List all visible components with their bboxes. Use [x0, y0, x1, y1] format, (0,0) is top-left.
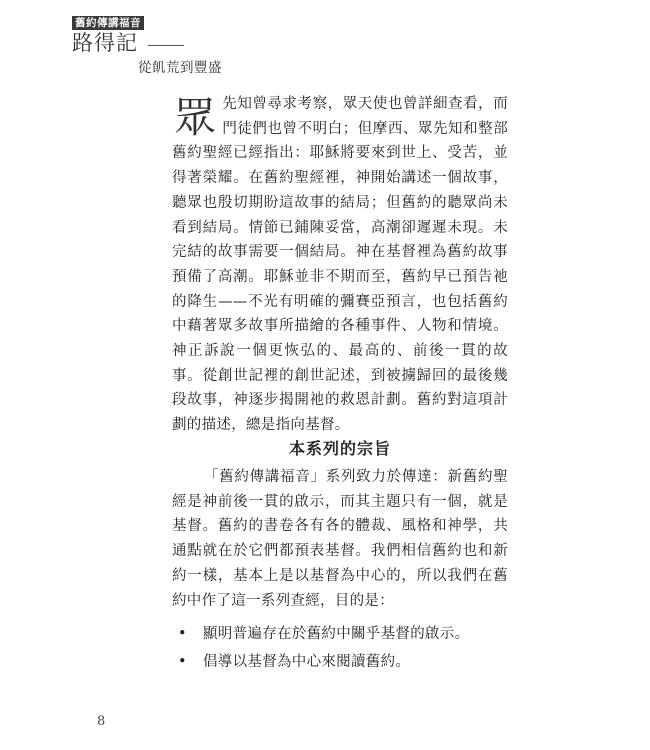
- bullet-icon: •: [172, 620, 203, 648]
- bullet-icon: •: [172, 648, 203, 676]
- section-paragraph: 「舊約傳講福音」系列致力於傳達：新舊約聖經是神前後一貫的啟示，而其主題只有一個，…: [172, 465, 508, 613]
- intro-body: 眾先知曾尋求考察，眾天使也曾詳細查看，而門徒們也曾不明白；但摩西、眾先知和整部舊…: [172, 92, 508, 438]
- purpose-list: • 顯明普遍存在於舊約中關乎基督的啟示。 • 倡導以基督為中心來閱讀舊約。: [172, 620, 508, 676]
- book-title: 路得記: [72, 30, 184, 56]
- list-item: • 倡導以基督為中心來閱讀舊約。: [172, 648, 508, 676]
- section-body: 「舊約傳講福音」系列致力於傳達：新舊約聖經是神前後一貫的啟示，而其主題只有一個，…: [172, 465, 508, 613]
- list-item-text: 倡導以基督為中心來閱讀舊約。: [203, 648, 410, 676]
- series-badge: 舊約傳講福音: [72, 16, 144, 30]
- title-dash: [148, 45, 184, 46]
- list-item: • 顯明普遍存在於舊約中關乎基督的啟示。: [172, 620, 508, 648]
- book-subtitle: 從飢荒到豐盛: [138, 56, 222, 76]
- intro-text: 先知曾尋求考察，眾天使也曾詳細查看，而門徒們也曾不明白；但摩西、眾先知和整部舊約…: [172, 96, 508, 433]
- book-title-text: 路得記: [72, 30, 138, 56]
- section-heading: 本系列的宗旨: [172, 436, 508, 459]
- drop-cap: 眾: [174, 96, 216, 140]
- page-number: 8: [97, 714, 105, 729]
- intro-paragraph: 眾先知曾尋求考察，眾天使也曾詳細查看，而門徒們也曾不明白；但摩西、眾先知和整部舊…: [172, 92, 508, 438]
- list-item-text: 顯明普遍存在於舊約中關乎基督的啟示。: [203, 620, 469, 648]
